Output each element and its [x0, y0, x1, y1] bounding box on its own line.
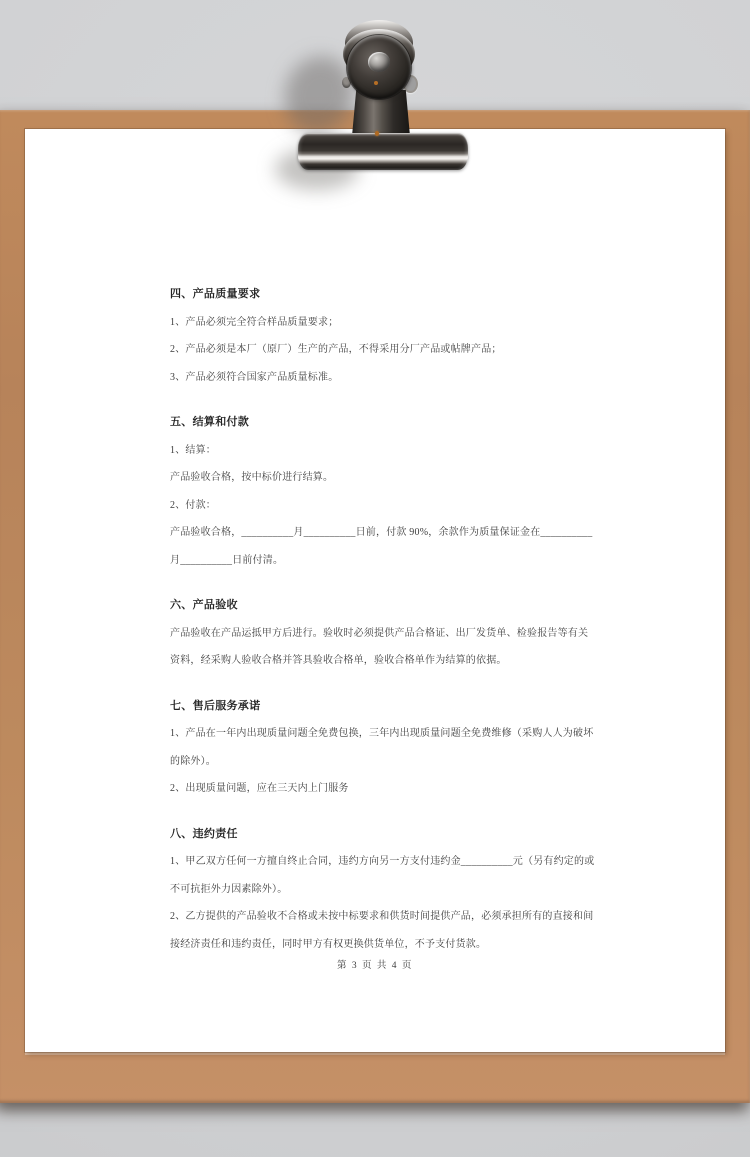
photo-scene: { "document": { "sections": [ { "heading… — [0, 0, 750, 1157]
section-line: 1、甲乙双方任何一方擅自终止合同，违约方向另一方支付违约金__________元… — [170, 848, 600, 876]
contract-section: 八、违约责任1、甲乙双方任何一方擅自终止合同，违约方向另一方支付违约金_____… — [170, 821, 600, 959]
clip-reflection-dot-lower — [375, 131, 379, 136]
section-line: 产品验收合格，按中标价进行结算。 — [170, 464, 600, 492]
section-line: 1、结算： — [170, 437, 600, 465]
section-line: 产品验收在产品运抵甲方后进行。验收时必须提供产品合格证、出厂发货单、检验报告等有… — [170, 620, 600, 648]
clipboard-board: 四、产品质量要求1、产品必须完全符合样品质量要求；2、产品必须是本厂（原厂）生产… — [0, 110, 750, 1103]
clip-bar — [298, 133, 468, 170]
contract-paper: 四、产品质量要求1、产品必须完全符合样品质量要求；2、产品必须是本厂（原厂）生产… — [25, 129, 725, 1052]
contract-sections: 四、产品质量要求1、产品必须完全符合样品质量要求；2、产品必须是本厂（原厂）生产… — [170, 281, 600, 958]
section-line: 月__________日前付清。 — [170, 547, 600, 575]
section-line: 的除外）。 — [170, 748, 600, 776]
section-line: 2、乙方提供的产品验收不合格或未按中标要求和供货时间提供产品，必须承担所有的直接… — [170, 903, 600, 931]
section-line: 资料，经采购人验收合格并答具验收合格单，验收合格单作为结算的依据。 — [170, 647, 600, 675]
section-line: 2、出现质量问题，应在三天内上门服务 — [170, 775, 600, 803]
binder-clip — [283, 14, 483, 179]
section-line: 产品验收合格，__________月__________日前，付款 90%，余款… — [170, 519, 600, 547]
clip-knob-hole — [368, 52, 390, 72]
section-heading: 四、产品质量要求 — [170, 281, 600, 309]
section-heading: 七、售后服务承诺 — [170, 693, 600, 721]
contract-section: 四、产品质量要求1、产品必须完全符合样品质量要求；2、产品必须是本厂（原厂）生产… — [170, 281, 600, 391]
page-number: 第 3 页 共 4 页 — [25, 957, 725, 971]
section-line: 1、产品必须完全符合样品质量要求； — [170, 309, 600, 337]
section-line: 接经济责任和违约责任，同时甲方有权更换供货单位，不予支付货款。 — [170, 931, 600, 959]
section-heading: 六、产品验收 — [170, 592, 600, 620]
section-heading: 八、违约责任 — [170, 821, 600, 849]
section-line: 不可抗拒外力因素除外）。 — [170, 876, 600, 904]
section-line: 2、付款： — [170, 492, 600, 520]
clip-knob-face — [347, 35, 411, 99]
section-line: 3、产品必须符合国家产品质量标准。 — [170, 364, 600, 392]
section-line: 1、产品在一年内出现质量问题全免费包换，三年内出现质量问题全免费维修（采购人人为… — [170, 720, 600, 748]
section-line: 2、产品必须是本厂（原厂）生产的产品，不得采用分厂产品或帖牌产品； — [170, 336, 600, 364]
section-heading: 五、结算和付款 — [170, 409, 600, 437]
contract-section: 五、结算和付款1、结算：产品验收合格，按中标价进行结算。2、付款：产品验收合格，… — [170, 409, 600, 574]
contract-section: 六、产品验收产品验收在产品运抵甲方后进行。验收时必须提供产品合格证、出厂发货单、… — [170, 592, 600, 675]
clip-reflection-dot-upper — [374, 81, 378, 85]
contract-section: 七、售后服务承诺1、产品在一年内出现质量问题全免费包换，三年内出现质量问题全免费… — [170, 693, 600, 803]
